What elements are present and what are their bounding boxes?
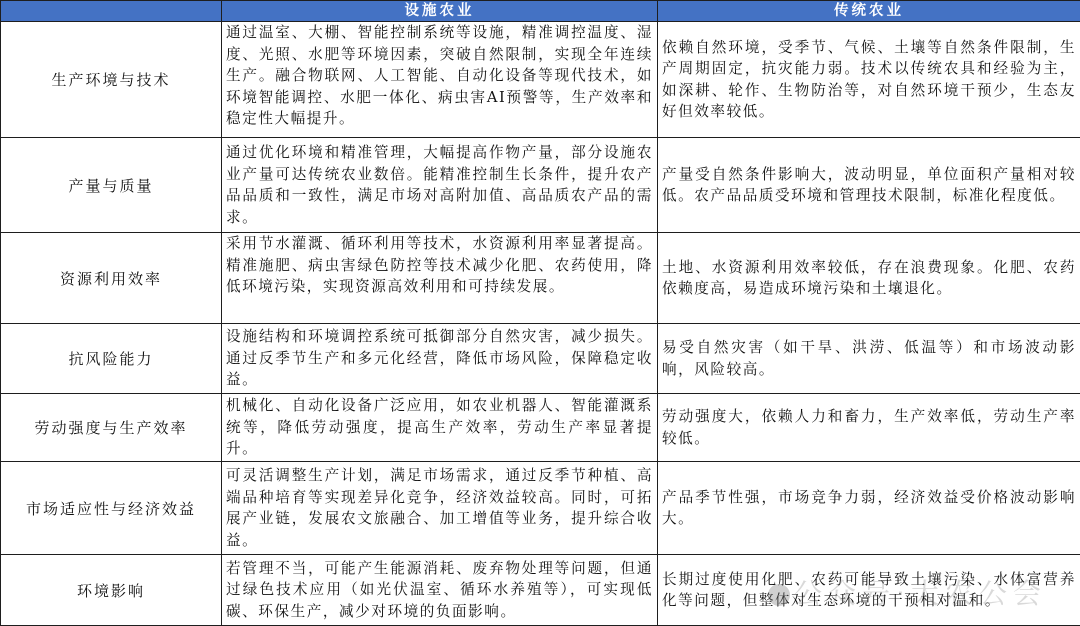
traditional-cell: 长期过度使用化肥、农药可能导致土壤污染、水体富营养化等问题，但整体对生态环境的干…	[658, 555, 1080, 626]
facility-cell: 通过优化环境和精准管理，大幅提高作物产量，部分设施农业产量可达传统农业数倍。能精…	[222, 138, 658, 233]
facility-cell: 若管理不当，可能产生能源消耗、废弃物处理等问题，但通过绿色技术应用（如光伏温室、…	[222, 555, 658, 626]
traditional-cell: 易受自然灾害（如干旱、洪涝、低温等）和市场波动影响，风险较高。	[658, 324, 1080, 394]
table-row: 产量与质量 通过优化环境和精准管理，大幅提高作物产量，部分设施农业产量可达传统农…	[1, 138, 1080, 233]
row-category: 市场适应性与经济效益	[1, 462, 222, 555]
facility-cell: 通过温室、大棚、智能控制系统等设施，精准调控温度、湿度、光照、水肥等环境因素，突…	[222, 22, 658, 138]
traditional-cell: 劳动强度大，依赖人力和畜力，生产效率低，劳动生产率较低。	[658, 394, 1080, 462]
table-row: 资源利用效率 采用节水灌溉、循环利用等技术，水资源利用率显著提高。精准施肥、病虫…	[1, 233, 1080, 324]
row-category: 抗风险能力	[1, 324, 222, 394]
traditional-cell: 土地、水资源利用效率较低，存在浪费现象。化肥、农药依赖度高，易造成环境污染和土壤…	[658, 233, 1080, 324]
facility-cell: 可灵活调整生产计划，满足市场需求，通过反季节种植、高端品种培育等实现差异化竞争，…	[222, 462, 658, 555]
traditional-cell: 依赖自然环境，受季节、气候、土壤等自然条件限制，生产周期固定，抗灾能力弱。技术以…	[658, 22, 1080, 138]
header-row: 设施农业 传统农业	[1, 1, 1080, 22]
row-category: 劳动强度与生产效率	[1, 394, 222, 462]
table-row: 市场适应性与经济效益 可灵活调整生产计划，满足市场需求，通过反季节种植、高端品种…	[1, 462, 1080, 555]
traditional-cell: 产量受自然条件影响大，波动明显，单位面积产量相对较低。农产品品质受环境和管理技术…	[658, 138, 1080, 233]
header-traditional-agriculture: 传统农业	[658, 1, 1080, 22]
table-row: 生产环境与技术 通过温室、大棚、智能控制系统等设施，精准调控温度、湿度、光照、水…	[1, 22, 1080, 138]
table-row: 抗风险能力 设施结构和环境调控系统可抵御部分自然灾害，减少损失。通过反季节生产和…	[1, 324, 1080, 394]
header-facility-agriculture: 设施农业	[222, 1, 658, 22]
table-row: 环境影响 若管理不当，可能产生能源消耗、废弃物处理等问题，但通过绿色技术应用（如…	[1, 555, 1080, 626]
row-category: 资源利用效率	[1, 233, 222, 324]
header-corner	[1, 1, 222, 22]
facility-cell: 采用节水灌溉、循环利用等技术，水资源利用率显著提高。精准施肥、病虫害绿色防控等技…	[222, 233, 658, 324]
row-category: 环境影响	[1, 555, 222, 626]
row-category: 产量与质量	[1, 138, 222, 233]
comparison-table: 设施农业 传统农业 生产环境与技术 通过温室、大棚、智能控制系统等设施，精准调控…	[0, 0, 1080, 626]
row-category: 生产环境与技术	[1, 22, 222, 138]
traditional-cell: 产品季节性强，市场竞争力弱，经济效益受价格波动影响大。	[658, 462, 1080, 555]
table-row: 劳动强度与生产效率 机械化、自动化设备广泛应用，如农业机器人、智能灌溉系统等，降…	[1, 394, 1080, 462]
facility-cell: 设施结构和环境调控系统可抵御部分自然灾害，减少损失。通过反季节生产和多元化经营，…	[222, 324, 658, 394]
facility-cell: 机械化、自动化设备广泛应用，如农业机器人、智能灌溉系统等，降低劳动强度，提高生产…	[222, 394, 658, 462]
